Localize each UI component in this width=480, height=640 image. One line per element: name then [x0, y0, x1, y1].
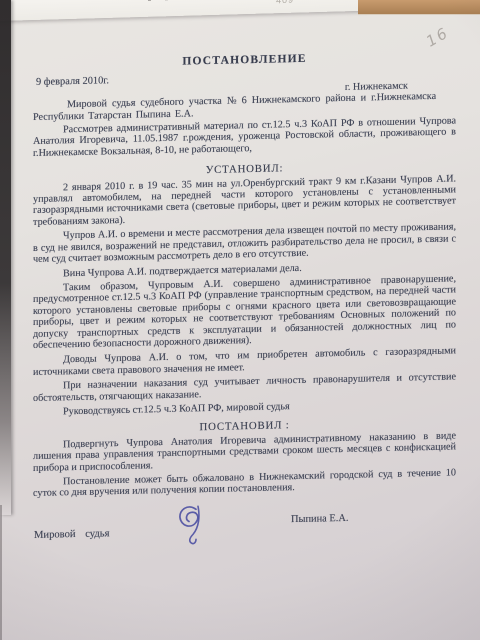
established-paragraph: 2 января 2010 г. в 19 час. 35 мин на ул.… — [33, 173, 456, 228]
desk-edge — [358, 0, 480, 15]
judge-signature — [175, 502, 207, 551]
sheet-number-fragment: 409 — [276, 0, 294, 5]
background-sheet: 409 — [0, 0, 368, 21]
photo-of-document: 409 16 ПОСТАНОВЛЕНИЕ 9 февраля 2010г. г.… — [0, 0, 480, 640]
signature-row: Мировой судья Пыпина Е.А. — [33, 496, 456, 564]
document: ПОСТАНОВЛЕНИЕ 9 февраля 2010г. г. Нижнек… — [33, 48, 456, 563]
intro-paragraph: Рассмотрев административный материал по … — [33, 115, 456, 159]
judge-name: Пыпина Е.А. — [291, 513, 348, 526]
pencil-page-number: 16 — [423, 23, 452, 50]
judge-label: Мировой судья — [34, 528, 110, 541]
established-paragraph: Таким образом, Чупровым А.И. совершено а… — [33, 273, 456, 351]
resolved-paragraph: Подвергнуть Чупрова Анатолия Игоревича а… — [33, 430, 456, 474]
paper-left-edge — [0, 505, 2, 640]
cutoff-text-artifact — [148, 0, 260, 1]
established-paragraph: Чупров А.И. о времени и месте рассмотрен… — [33, 222, 456, 266]
photo-left-edge-shadow — [0, 0, 11, 515]
